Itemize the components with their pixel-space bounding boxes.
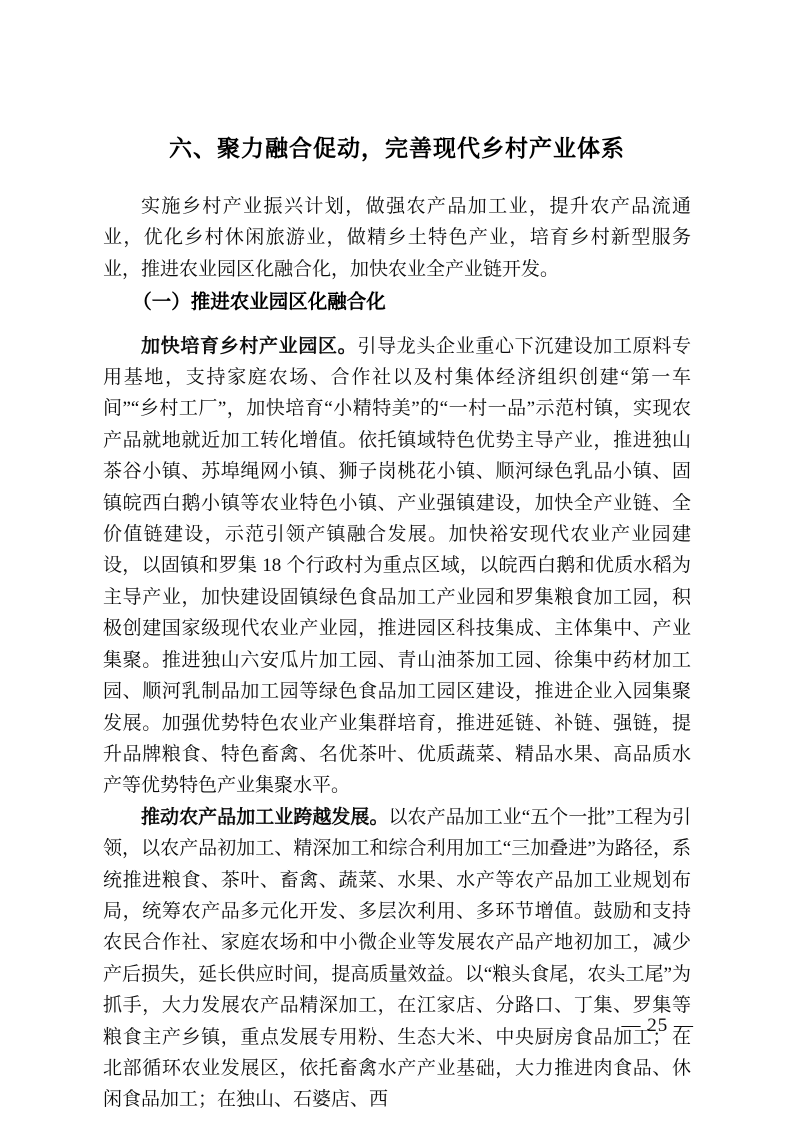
paragraph-industry-parks: 加快培育乡村产业园区。引导龙头企业重心下沉建设加工原料专用基地，支持家庭农场、合… xyxy=(103,331,691,802)
paragraph-text: 以农产品加工业“五个一批”工程为引领，以农产品初加工、精深加工和综合利用加工“三… xyxy=(103,807,691,1111)
page-number: — 25 — xyxy=(622,1014,695,1038)
intro-paragraph: 实施乡村产业振兴计划，做强农产品加工业，提升农产品流通业，优化乡村休闲旅游业，做… xyxy=(103,191,691,285)
paragraph-text: 引导龙头企业重心下沉建设加工原料专用基地，支持家庭农场、合作社以及村集体经济组织… xyxy=(103,336,691,797)
document-title: 六、聚力融合促动，完善现代乡村产业体系 xyxy=(103,131,691,165)
paragraph-lead: 推动农产品加工业跨越发展。 xyxy=(141,807,389,828)
section-heading: （一）推进农业园区化融合化 xyxy=(103,287,691,318)
document-page: 六、聚力融合促动，完善现代乡村产业体系 实施乡村产业振兴计划，做强农产品加工业，… xyxy=(0,0,793,1122)
paragraph-agri-processing: 推动农产品加工业跨越发展。以农产品加工业“五个一批”工程为引领，以农产品初加工、… xyxy=(103,802,691,1116)
paragraph-lead: 加快培育乡村产业园区。 xyxy=(141,336,357,357)
page-content: 六、聚力融合促动，完善现代乡村产业体系 实施乡村产业振兴计划，做强农产品加工业，… xyxy=(103,131,691,1116)
